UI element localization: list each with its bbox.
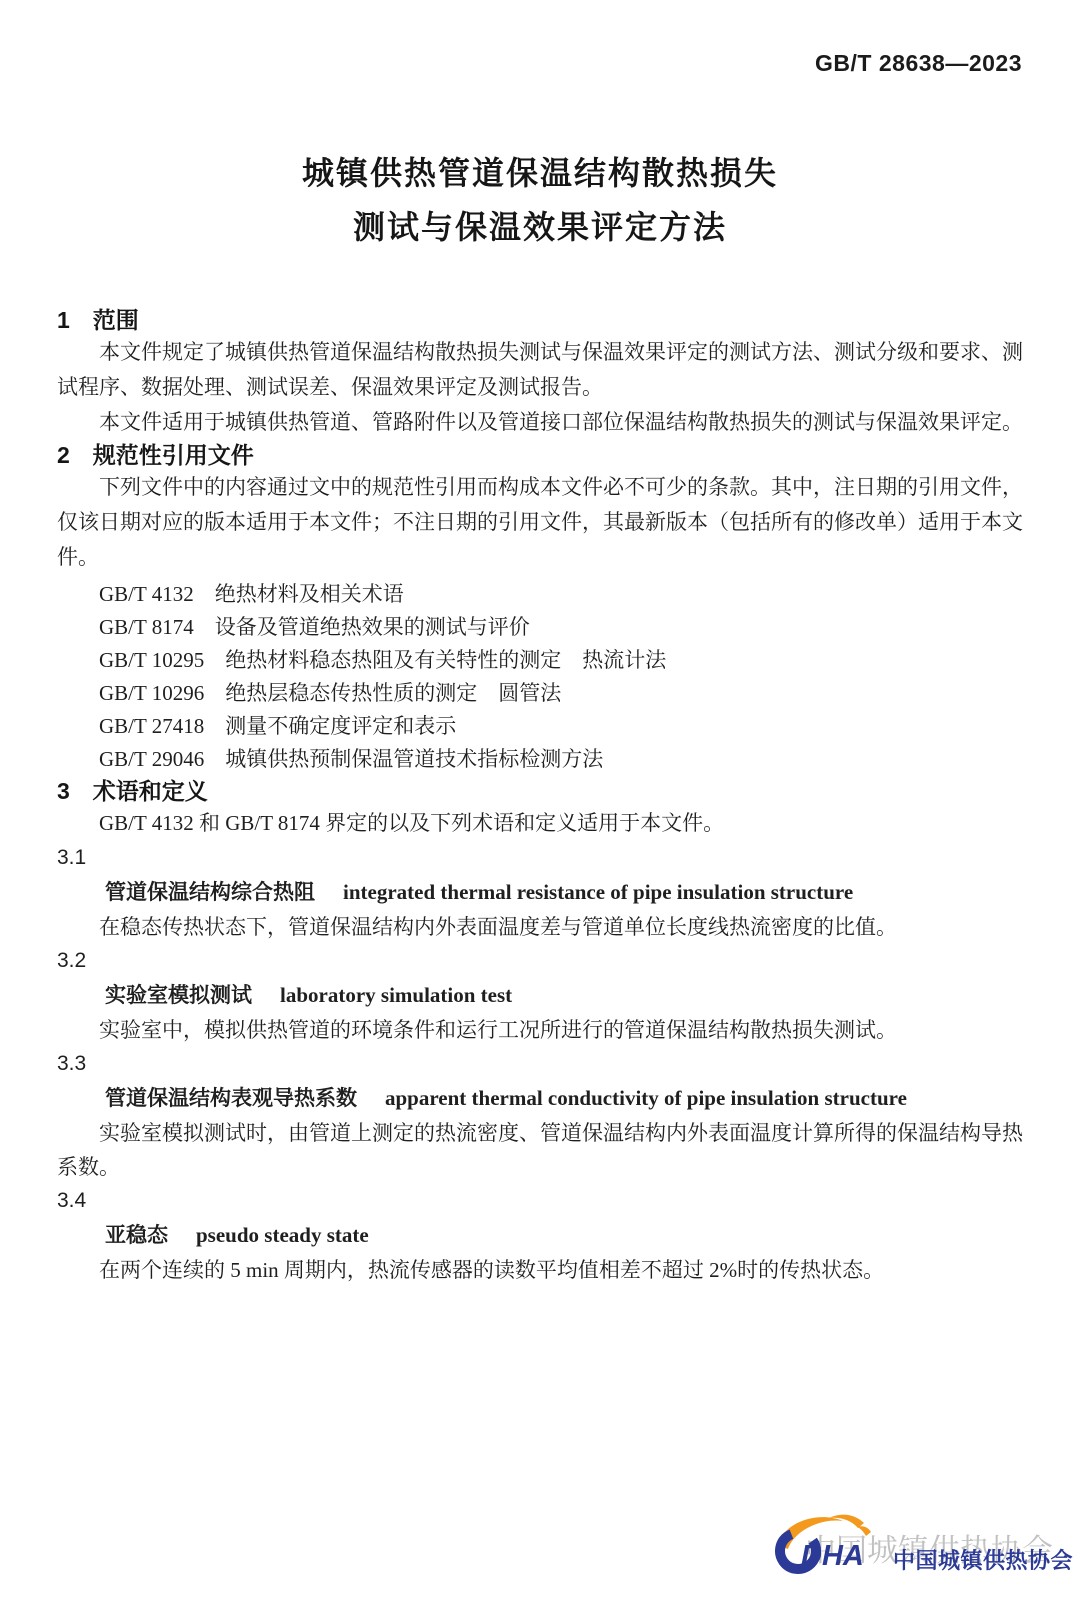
section3-intro: GB/T 4132 和 GB/T 8174 界定的以及下列术语和定义适用于本文件… xyxy=(57,806,1023,841)
term-definition: 实验室模拟测试时，由管道上测定的热流密度、管道保温结构内外表面温度计算所得的保温… xyxy=(57,1116,1023,1184)
term-number: 3.3 xyxy=(57,1047,1023,1081)
normative-references-list: GB/T 4132绝热材料及相关术语 GB/T 8174设备及管道绝热效果的测试… xyxy=(57,578,1023,776)
association-logo-group: 中国城镇供热协会 DHA 中国城镇供热协会 xyxy=(745,1493,1070,1596)
section1-number: 1 xyxy=(57,305,70,335)
term-definition: 在两个连续的 5 min 周期内，热流传感器的读数平均值相差不超过 2%时的传热… xyxy=(57,1253,1023,1287)
reference-title: 设备及管道绝热效果的测试与评价 xyxy=(215,615,530,639)
reference-title: 测量不确定度评定和表示 xyxy=(225,714,456,738)
reference-title: 绝热材料及相关术语 xyxy=(215,582,404,606)
reference-item: GB/T 4132绝热材料及相关术语 xyxy=(99,578,1023,611)
logo-orange-ray-small xyxy=(857,1526,871,1536)
cdha-logo-icon: DHA xyxy=(771,1511,895,1575)
reference-code: GB/T 10295 xyxy=(99,644,204,677)
term-name-en: laboratory simulation test xyxy=(280,983,512,1007)
section2-paragraph1: 下列文件中的内容通过文中的规范性引用而构成本文件必不可少的条款。其中，注日期的引… xyxy=(57,470,1023,575)
section1-title: 范围 xyxy=(93,307,139,333)
term-number: 3.1 xyxy=(57,841,1023,875)
term-number: 3.4 xyxy=(57,1184,1023,1218)
term-name: 实验室模拟测试laboratory simulation test xyxy=(57,978,1023,1013)
term-name-zh: 管道保温结构表观导热系数 xyxy=(105,1087,357,1110)
term-definition: 实验室中，模拟供热管道的环境条件和运行工况所进行的管道保温结构散热损失测试。 xyxy=(57,1013,1023,1047)
section2-number: 2 xyxy=(57,440,70,470)
term-name: 管道保温结构综合热阻integrated thermal resistance … xyxy=(57,875,1023,910)
document-page: GB/T 28638—2023 城镇供热管道保温结构散热损失 测试与保温效果评定… xyxy=(0,0,1080,1598)
section3-number: 3 xyxy=(57,776,70,806)
standard-number: GB/T 28638—2023 xyxy=(815,50,1022,77)
term-name: 管道保温结构表观导热系数apparent thermal conductivit… xyxy=(57,1081,1023,1116)
reference-item: GB/T 29046城镇供热预制保温管道技术指标检测方法 xyxy=(99,743,1023,776)
reference-title: 绝热层稳态传热性质的测定 圆管法 xyxy=(225,681,561,705)
reference-item: GB/T 10295绝热材料稳态热阻及有关特性的测定 热流计法 xyxy=(99,644,1023,677)
logo-letters: DHA xyxy=(801,1540,864,1572)
terms-list: 3.1 管道保温结构综合热阻integrated thermal resista… xyxy=(57,841,1023,1287)
term-number: 3.2 xyxy=(57,944,1023,978)
reference-title: 城镇供热预制保温管道技术指标检测方法 xyxy=(225,747,603,771)
section3-title: 术语和定义 xyxy=(93,778,208,804)
reference-item: GB/T 10296绝热层稳态传热性质的测定 圆管法 xyxy=(99,677,1023,710)
document-title-line2: 测试与保温效果评定方法 xyxy=(0,200,1080,254)
logo-orange-ray xyxy=(829,1515,864,1528)
reference-code: GB/T 27418 xyxy=(99,710,204,743)
term-name-en: pseudo steady state xyxy=(196,1223,369,1247)
section2-title: 规范性引用文件 xyxy=(93,442,254,468)
term-name-en: integrated thermal resistance of pipe in… xyxy=(343,880,853,904)
term-item: 3.2 实验室模拟测试laboratory simulation test 实验… xyxy=(57,944,1023,1047)
term-name-zh: 亚稳态 xyxy=(105,1224,168,1247)
section1-paragraph1: 本文件规定了城镇供热管道保温结构散热损失测试与保温效果评定的测试方法、测试分级和… xyxy=(57,335,1023,405)
term-name-zh: 管道保温结构综合热阻 xyxy=(105,881,315,904)
reference-code: GB/T 10296 xyxy=(99,677,204,710)
term-name-zh: 实验室模拟测试 xyxy=(105,984,252,1007)
term-item: 3.1 管道保温结构综合热阻integrated thermal resista… xyxy=(57,841,1023,944)
term-name: 亚稳态pseudo steady state xyxy=(57,1218,1023,1253)
section1-paragraph2: 本文件适用于城镇供热管道、管路附件以及管道接口部位保温结构散热损失的测试与保温效… xyxy=(57,405,1023,440)
document-body: 1范围 本文件规定了城镇供热管道保温结构散热损失测试与保温效果评定的测试方法、测… xyxy=(57,305,1023,1287)
term-definition: 在稳态传热状态下，管道保温结构内外表面温度差与管道单位长度线热流密度的比值。 xyxy=(57,910,1023,944)
term-name-en: apparent thermal conductivity of pipe in… xyxy=(385,1086,907,1110)
reference-item: GB/T 8174设备及管道绝热效果的测试与评价 xyxy=(99,611,1023,644)
reference-title: 绝热材料稳态热阻及有关特性的测定 热流计法 xyxy=(225,648,666,672)
document-title: 城镇供热管道保温结构散热损失 测试与保温效果评定方法 xyxy=(0,146,1080,254)
section3-heading: 3术语和定义 xyxy=(57,776,1023,806)
section2-heading: 2规范性引用文件 xyxy=(57,440,1023,470)
document-title-line1: 城镇供热管道保温结构散热损失 xyxy=(0,146,1080,200)
term-item: 3.3 管道保温结构表观导热系数apparent thermal conduct… xyxy=(57,1047,1023,1184)
term-item: 3.4 亚稳态pseudo steady state 在两个连续的 5 min … xyxy=(57,1184,1023,1287)
section1-heading: 1范围 xyxy=(57,305,1023,335)
reference-item: GB/T 27418测量不确定度评定和表示 xyxy=(99,710,1023,743)
reference-code: GB/T 8174 xyxy=(99,611,194,644)
reference-code: GB/T 29046 xyxy=(99,743,204,776)
reference-code: GB/T 4132 xyxy=(99,578,194,611)
association-name-text: 中国城镇供热协会 xyxy=(893,1544,1073,1575)
